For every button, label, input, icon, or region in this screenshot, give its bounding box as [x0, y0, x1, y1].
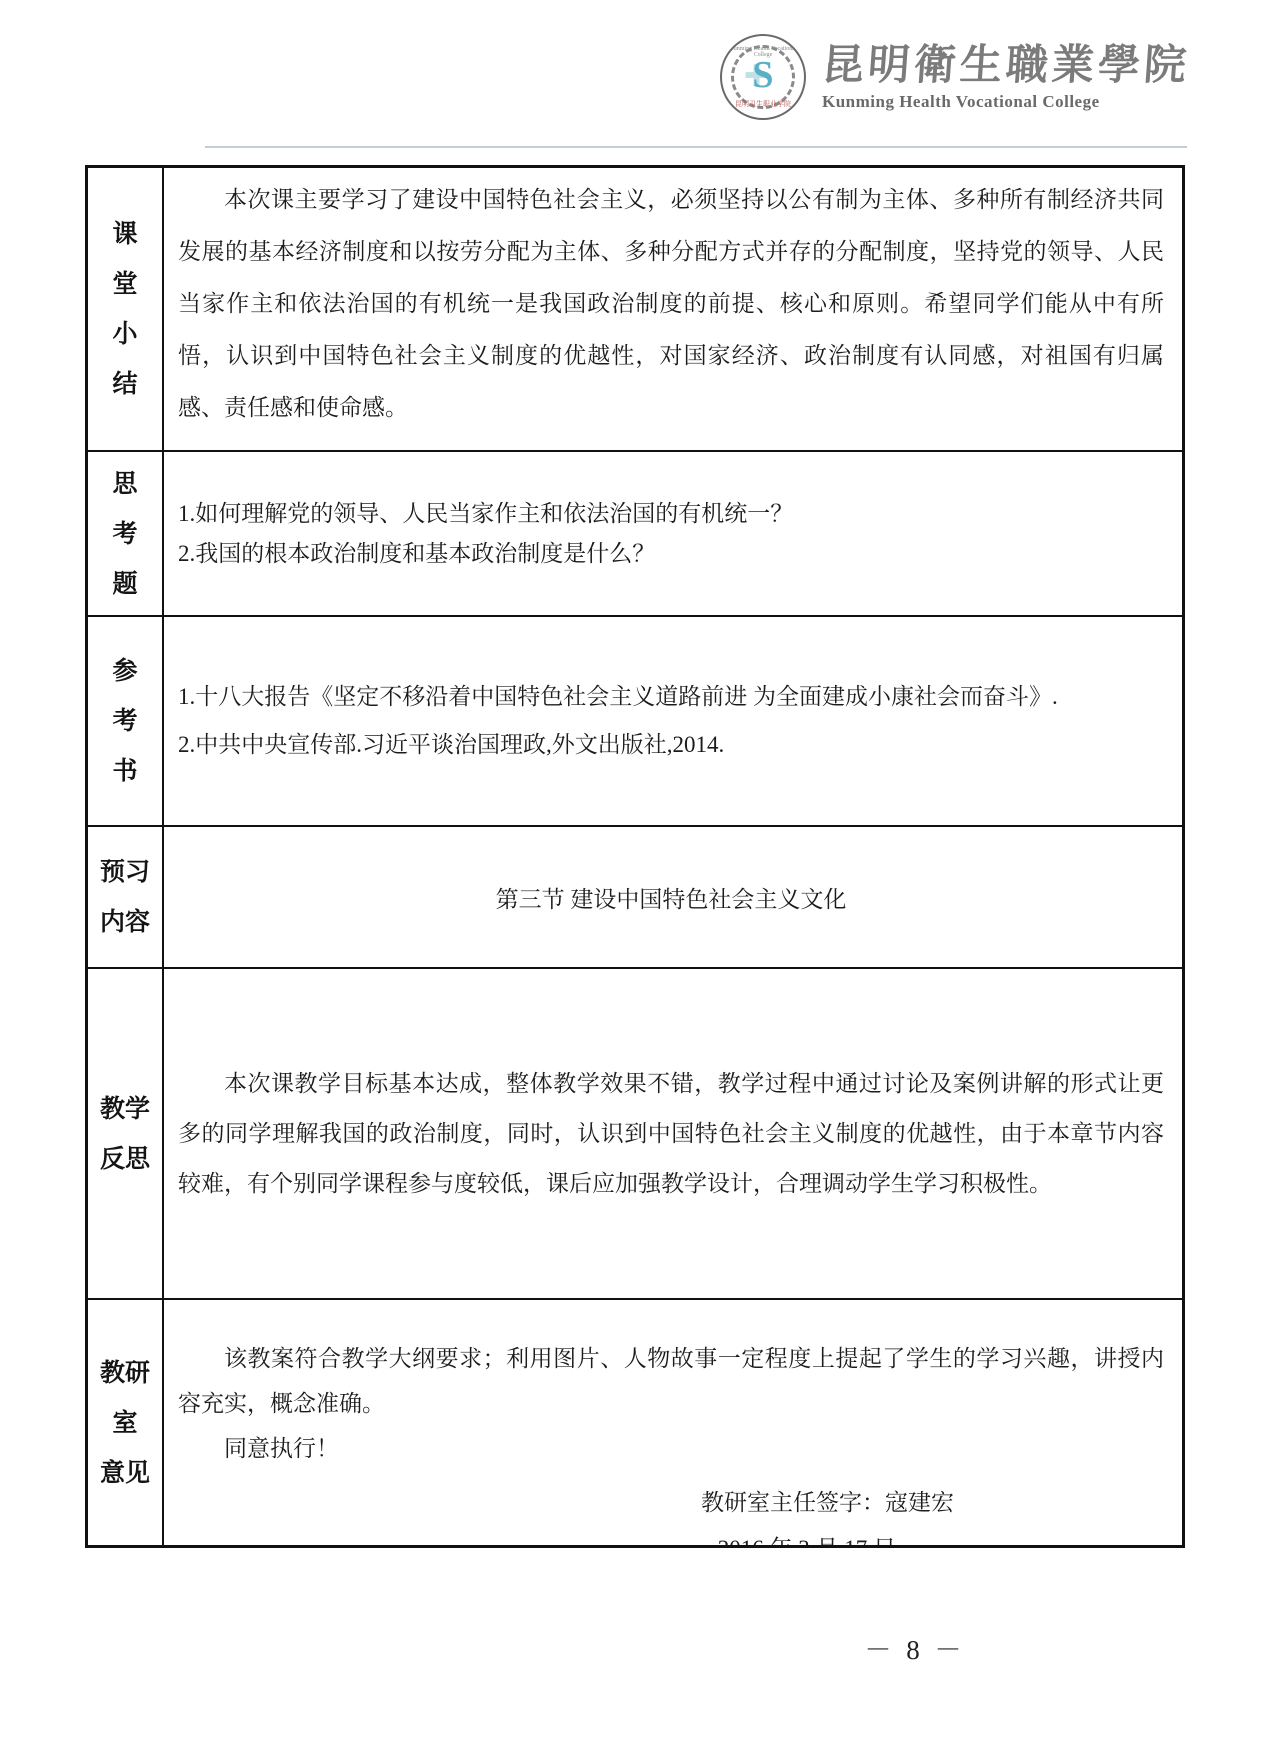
row-label-cell: 教研 室 意见	[88, 1300, 164, 1545]
row-content-cell: 该教案符合教学大纲要求；利用图片、人物故事一定程度上提起了学生的学习兴趣，讲授内…	[164, 1300, 1182, 1545]
document-page: Kunming Health Vocational College ✚ S 昆明…	[0, 0, 1271, 1763]
seal-bottom-arc-text: 昆明卫生职业学院	[722, 99, 804, 109]
college-name-english: Kunming Health Vocational College	[822, 92, 1100, 112]
row-content-cell: 本次课主要学习了建设中国特色社会主义，必须坚持以公有制为主体、多种所有制经济共同…	[164, 168, 1182, 450]
table-row-class-summary: 课 堂 小 结 本次课主要学习了建设中国特色社会主义，必须坚持以公有制为主体、多…	[88, 168, 1182, 450]
opinion-approval-text: 同意执行！	[178, 1426, 1164, 1471]
row-label-reflection: 教学 反思	[100, 1084, 150, 1184]
row-label-office-opinion: 教研 室 意见	[100, 1348, 150, 1498]
row-label-preview: 预习 内容	[100, 847, 150, 947]
seal-letter: S	[722, 56, 804, 94]
question-line-1: 1.如何理解党的领导、人民当家作主和依法治国的有机统一？	[178, 494, 1164, 534]
row-label-cell: 课 堂 小 结	[88, 168, 164, 450]
question-line-2: 2.我国的根本政治制度和基本政治制度是什么？	[178, 534, 1164, 574]
table-row-reflection: 教学 反思 本次课教学目标基本达成，整体教学效果不错，教学过程中通过讨论及案例讲…	[88, 967, 1182, 1298]
row-content-cell: 第三节 建设中国特色社会主义文化	[164, 827, 1182, 967]
row-label-cell: 教学 反思	[88, 969, 164, 1298]
opinion-text: 该教案符合教学大纲要求；利用图片、人物故事一定程度上提起了学生的学习兴趣，讲授内…	[178, 1336, 1164, 1426]
row-content-cell: 1.如何理解党的领导、人民当家作主和依法治国的有机统一？ 2.我国的根本政治制度…	[164, 452, 1182, 615]
row-content-cell: 1.十八大报告《坚定不移沿着中国特色社会主义道路前进 为全面建成小康社会而奋斗》…	[164, 617, 1182, 825]
table-row-references: 参 考 书 1.十八大报告《坚定不移沿着中国特色社会主义道路前进 为全面建成小康…	[88, 615, 1182, 825]
row-label-questions: 思 考 题	[112, 459, 137, 609]
preview-content-text: 第三节 建设中国特色社会主义文化	[178, 827, 1164, 967]
reference-item-1: 1.十八大报告《坚定不移沿着中国特色社会主义道路前进 为全面建成小康社会而奋斗》…	[178, 673, 1164, 721]
table-row-office-opinion: 教研 室 意见 该教案符合教学大纲要求；利用图片、人物故事一定程度上提起了学生的…	[88, 1298, 1182, 1545]
table-row-preview: 预习 内容 第三节 建设中国特色社会主义文化	[88, 825, 1182, 967]
row-label-cell: 参 考 书	[88, 617, 164, 825]
reflection-text: 本次课教学目标基本达成，整体教学效果不错，教学过程中通过讨论及案例讲解的形式让更…	[178, 1059, 1164, 1209]
row-label-cell: 预习 内容	[88, 827, 164, 967]
signature-date: 2016 年 3 月 17 日	[178, 1529, 1164, 1545]
row-content-cell: 本次课教学目标基本达成，整体教学效果不错，教学过程中通过讨论及案例讲解的形式让更…	[164, 969, 1182, 1298]
row-label-class-summary: 课 堂 小 结	[112, 209, 137, 409]
header-divider-line	[205, 146, 1187, 148]
college-seal-icon: Kunming Health Vocational College ✚ S 昆明…	[720, 34, 806, 120]
row-label-references: 参 考 书	[112, 646, 137, 796]
class-summary-text: 本次课主要学习了建设中国特色社会主义，必须坚持以公有制为主体、多种所有制经济共同…	[178, 168, 1164, 434]
page-header: Kunming Health Vocational College ✚ S 昆明…	[0, 34, 1190, 120]
college-name-calligraphy: 昆明衛生職業學院	[820, 42, 1191, 88]
college-name-block: 昆明衛生職業學院 Kunming Health Vocational Colle…	[822, 42, 1190, 112]
director-signature: 教研室主任签字：寇建宏	[178, 1483, 1164, 1523]
reference-item-2: 2.中共中央宣传部.习近平谈治国理政,外文出版社,2014.	[178, 721, 1164, 769]
row-label-cell: 思 考 题	[88, 452, 164, 615]
table-row-questions: 思 考 题 1.如何理解党的领导、人民当家作主和依法治国的有机统一？ 2.我国的…	[88, 450, 1182, 615]
page-number: － 8 －	[860, 1628, 970, 1667]
lesson-plan-table: 课 堂 小 结 本次课主要学习了建设中国特色社会主义，必须坚持以公有制为主体、多…	[85, 165, 1185, 1548]
